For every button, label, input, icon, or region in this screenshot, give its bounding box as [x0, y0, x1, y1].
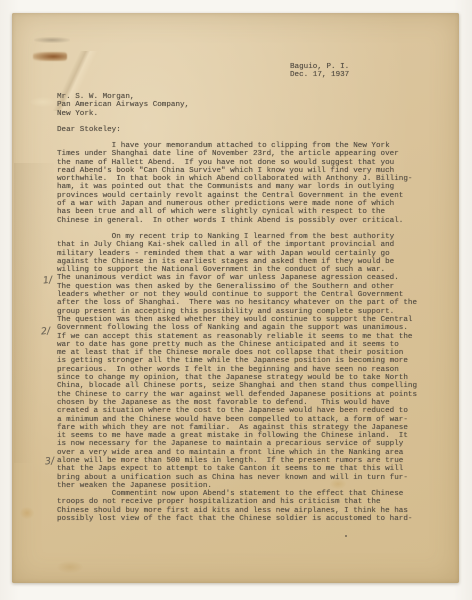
handwritten-margin-note: 3/: [44, 456, 54, 468]
scan-background: Baguio, P. I. Dec. 17, 1937 Mr. S. W. Mo…: [0, 0, 472, 600]
paper-crease: [14, 163, 54, 463]
letter-paragraph: I have your memorandum attached to clipp…: [57, 142, 412, 225]
tape-stain: [33, 52, 67, 61]
stray-type-mark: [345, 535, 347, 537]
letter-paragraph: Commentint now upon Abend's statement to…: [57, 490, 412, 523]
foxing-spot: [57, 561, 83, 573]
pencil-smudge: [34, 37, 70, 43]
foxing-spot: [20, 507, 34, 519]
salutation: Dear Stokeley:: [57, 126, 121, 134]
paper-blotch: [30, 97, 56, 107]
handwritten-margin-note: 1/: [42, 275, 52, 287]
recipient-address: Mr. S. W. Morgan, Pan American Airways C…: [57, 93, 189, 118]
letter-page: Baguio, P. I. Dec. 17, 1937 Mr. S. W. Mo…: [12, 13, 459, 583]
handwritten-margin-note: 2/: [40, 326, 50, 338]
letter-paragraph: On my recent trip to Nanking I learned f…: [57, 233, 417, 490]
dateline: Baguio, P. I. Dec. 17, 1937: [290, 63, 349, 80]
